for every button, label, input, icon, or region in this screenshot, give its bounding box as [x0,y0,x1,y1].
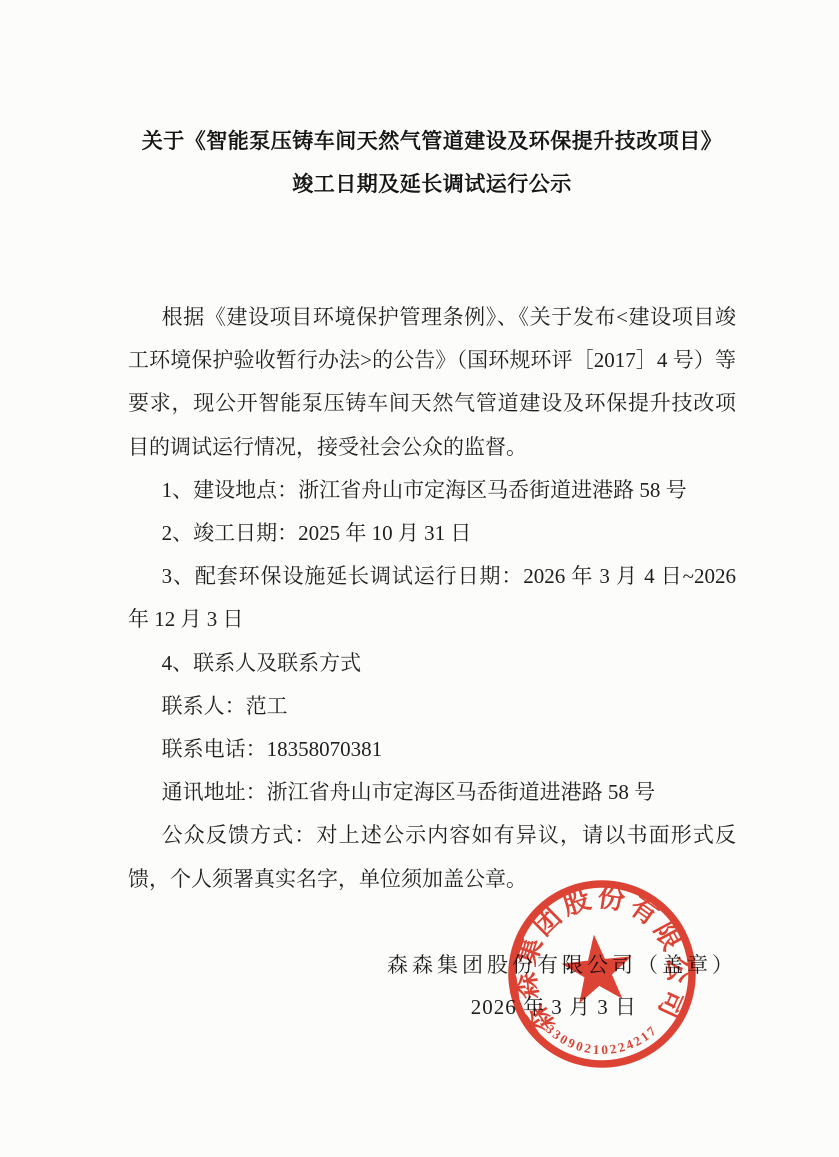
signature-date: 2026 年 3 月 3 日 [471,986,637,1029]
contact-phone-line: 联系电话：18358070381 [128,728,736,771]
item-trial-run-period: 3、配套环保设施延长调试运行日期：2026 年 3 月 4 日~2026 年 1… [128,555,736,641]
signature-company: 森森集团股份有限公司（盖章） [387,944,737,987]
item-completion-date: 2、竣工日期：2025 年 10 月 31 日 [128,512,736,555]
contact-address-line: 通讯地址：浙江省舟山市定海区马岙街道进港路 58 号 [128,771,736,814]
feedback-paragraph: 公众反馈方式：对上述公示内容如有异议，请以书面形式反馈，个人须署真实名字，单位须… [128,814,736,900]
notice-body: 根据《建设项目环境保护管理条例》、《关于发布<建设项目竣工环境保护验收暂行办法>… [128,296,736,901]
notice-title: 关于《智能泵压铸车间天然气管道建设及环保提升技改项目》 竣工日期及延长调试运行公… [128,0,736,206]
item-construction-site: 1、建设地点：浙江省舟山市定海区马岙街道进港路 58 号 [128,469,736,512]
notice-title-line-2: 竣工日期及延长调试运行公示 [128,163,736,206]
contact-person-line: 联系人：范工 [128,685,736,728]
intro-paragraph: 根据《建设项目环境保护管理条例》、《关于发布<建设项目竣工环境保护验收暂行办法>… [128,296,736,469]
item-contact-heading: 4、联系人及联系方式 [128,642,736,685]
document-page: 关于《智能泵压铸车间天然气管道建设及环保提升技改项目》 竣工日期及延长调试运行公… [0,0,839,1157]
notice-title-line-1: 关于《智能泵压铸车间天然气管道建设及环保提升技改项目》 [128,120,736,163]
document-content: 关于《智能泵压铸车间天然气管道建设及环保提升技改项目》 竣工日期及延长调试运行公… [128,0,736,901]
